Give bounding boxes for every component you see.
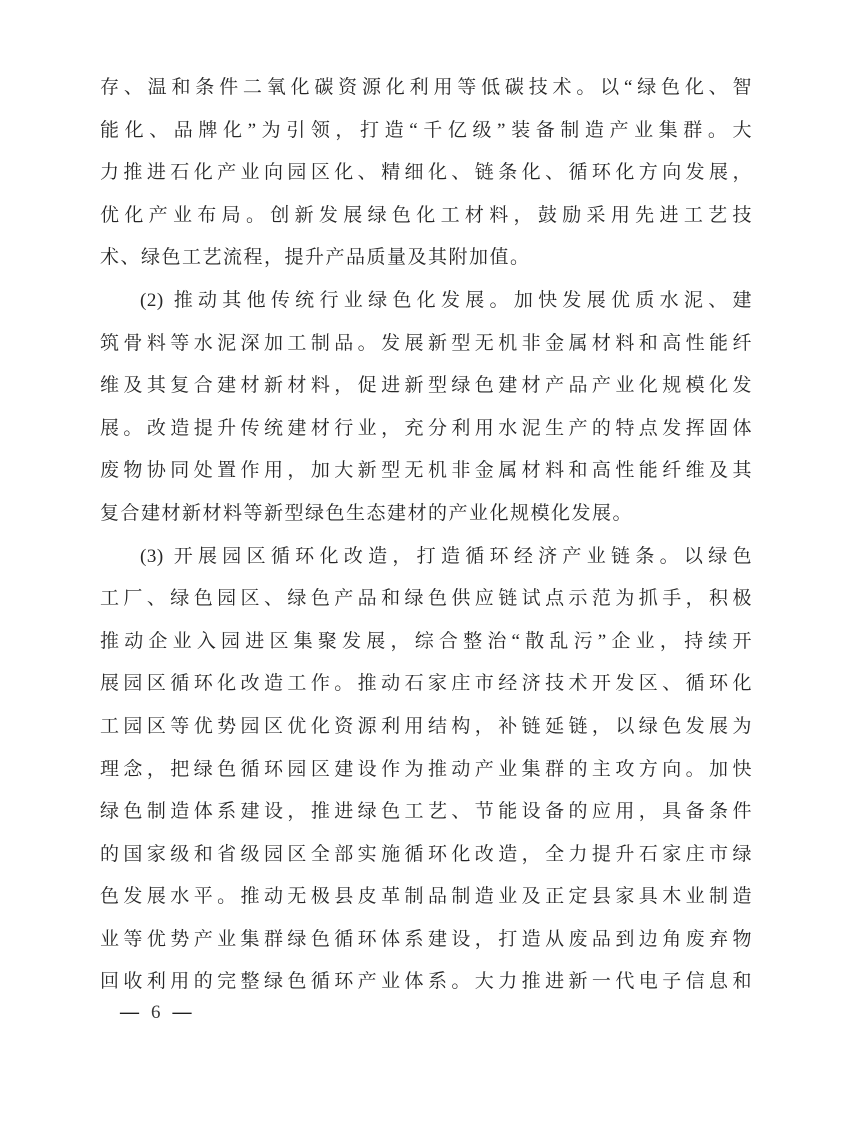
text-line: 复合建材新材料等新型绿色生态建材的产业化规模化发展。 [100,493,752,536]
footer-dash-left: — [120,1002,139,1023]
text-line: 回收利用的完整绿色循环产业体系。大力推进新一代电子信息和 [100,961,752,1004]
text-line: 的国家级和省级园区全部实施循环化改造，全力提升石家庄市绿 [100,834,752,877]
text-line: (2) 推动其他传统行业绿色化发展。加快发展优质水泥、建 [100,280,752,323]
text-line: 力推进石化产业向园区化、精细化、链条化、循环化方向发展， [100,152,752,195]
text-line: 优化产业布局。创新发展绿色化工材料，鼓励采用先进工艺技 [100,195,752,238]
document-page: 存、温和条件二氧化碳资源化利用等低碳技术。以“绿色化、智 能化、品牌化”为引领，… [0,0,842,1129]
text-line: 能化、品牌化”为引领，打造“千亿级”装备制造产业集群。大 [100,110,752,153]
text-line: 理念，把绿色循环园区建设作为推动产业集群的主攻方向。加快 [100,749,752,792]
text-line: 色发展水平。推动无极县皮革制品制造业及正定县家具木业制造 [100,876,752,919]
text-line: 筑骨料等水泥深加工制品。发展新型无机非金属材料和高性能纤 [100,323,752,366]
footer-dash-right: — [173,1002,192,1023]
text-line: 推动企业入园进区集聚发展，综合整治“散乱污”企业，持续开 [100,621,752,664]
page-footer: —6— [120,1000,192,1026]
text-line: 废物协同处置作用，加大新型无机非金属材料和高性能纤维及其 [100,450,752,493]
text-line: 维及其复合建材新材料，促进新型绿色建材产品产业化规模化发 [100,365,752,408]
text-line: 工厂、绿色园区、绿色产品和绿色供应链试点示范为抓手，积极 [100,578,752,621]
page-number: 6 [151,1000,161,1026]
document-body: 存、温和条件二氧化碳资源化利用等低碳技术。以“绿色化、智 能化、品牌化”为引领，… [100,67,752,1004]
text-line: 术、绿色工艺流程，提升产品质量及其附加值。 [100,237,752,280]
text-line: 绿色制造体系建设，推进绿色工艺、节能设备的应用，具备条件 [100,791,752,834]
text-line: (3) 开展园区循环化改造，打造循环经济产业链条。以绿色 [100,536,752,579]
text-line: 工园区等优势园区优化资源利用结构，补链延链，以绿色发展为 [100,706,752,749]
text-line: 业等优势产业集群绿色循环体系建设，打造从废品到边角废弃物 [100,919,752,962]
text-line: 展。改造提升传统建材行业，充分利用水泥生产的特点发挥固体 [100,408,752,451]
text-line: 展园区循环化改造工作。推动石家庄市经济技术开发区、循环化 [100,663,752,706]
text-line: 存、温和条件二氧化碳资源化利用等低碳技术。以“绿色化、智 [100,67,752,110]
